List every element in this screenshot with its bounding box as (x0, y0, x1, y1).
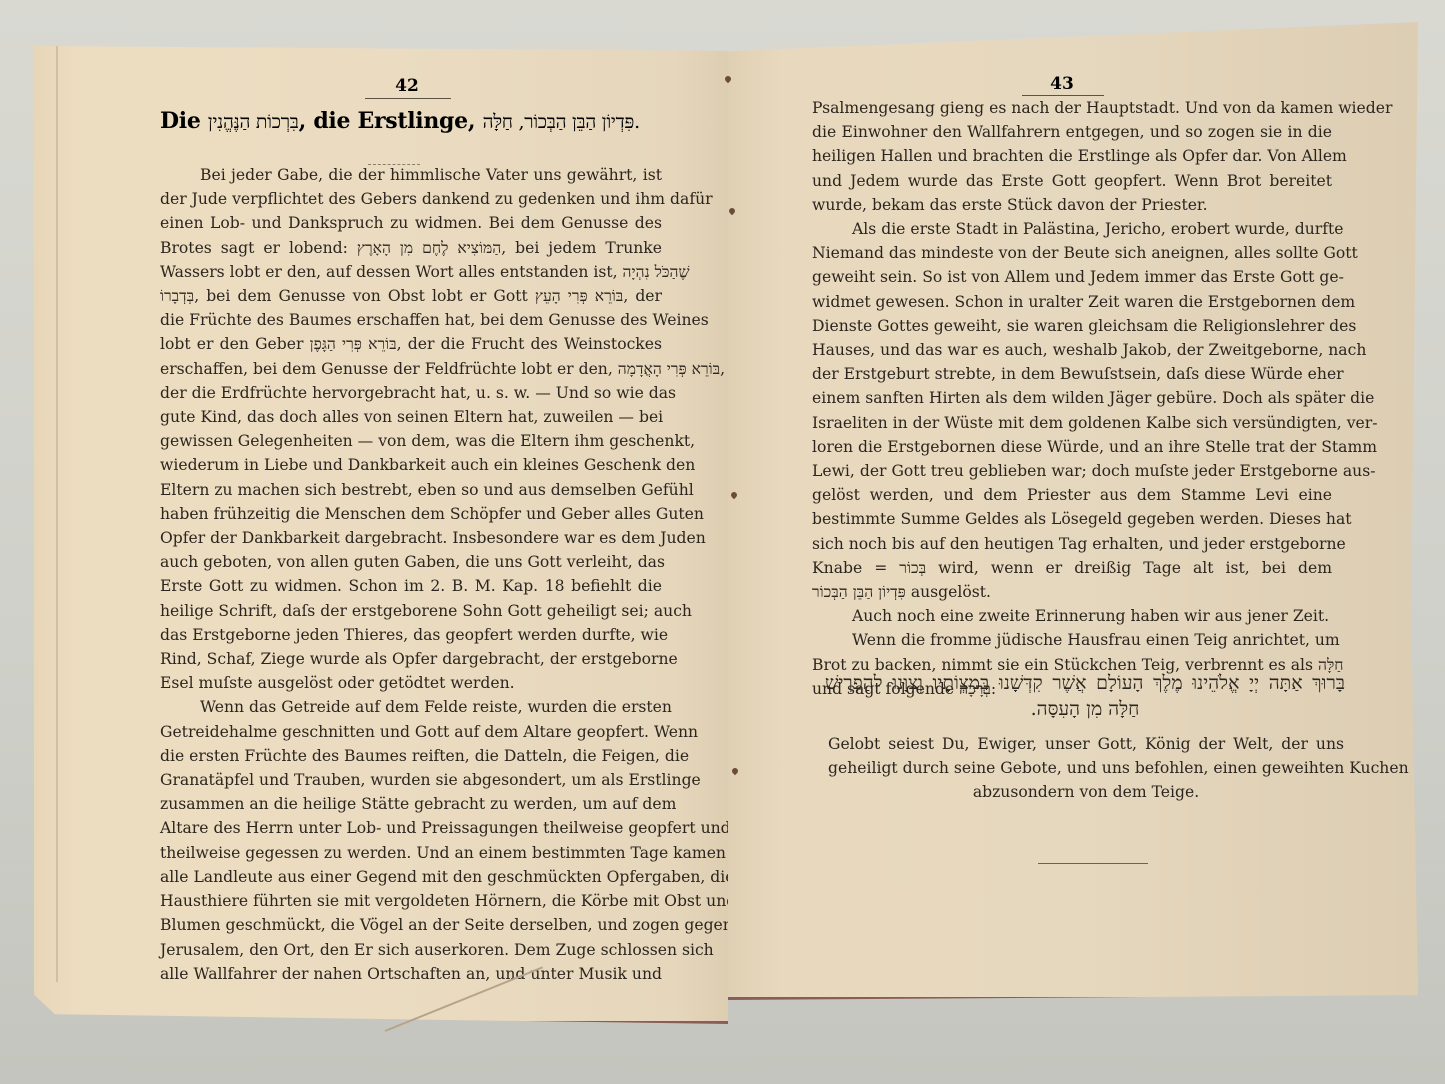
text-line: bestimmte Summe Geldes als Lösegeld gege… (812, 507, 1332, 531)
blessing-translation: Gelobt seiest Du, Ewiger, unser Gott, Kö… (828, 732, 1344, 805)
text-line: Altare des Herrn unter Lob- und Preissag… (160, 816, 662, 840)
text-line: Opfer der Dankbarkeit dargebracht. Insbe… (160, 526, 662, 550)
text-line: Israeliten in der Wüste mit dem goldenen… (812, 411, 1332, 435)
text-line: Als die erste Stadt in Palästina, Jerich… (812, 217, 1332, 241)
text-line: der die Erdfrüchte hervorgebracht hat, u… (160, 381, 662, 405)
text-line: Jerusalem, den Ort, den Er sich auserkor… (160, 938, 662, 962)
text-line: theilweise gegessen zu werden. Und an ei… (160, 841, 662, 865)
text-line: widmet gewesen. Schon in uralter Zeit wa… (812, 290, 1332, 314)
text-line: Brotes sagt er lobend: הַמּוֹצִיא לֶחֶם … (160, 236, 662, 260)
text-line: alle Landleute aus einer Gegend mit den … (160, 865, 662, 889)
text-line: einen Lob- und Dankspruch zu widmen. Bei… (160, 211, 662, 235)
text-line: der Erstgeburt strebte, in dem Bewuſstse… (812, 362, 1332, 386)
text-line: loren die Erstgebornen diese Würde, und … (812, 435, 1332, 459)
text-line: heilige Schrift, daſs der erstgeborene S… (160, 599, 662, 623)
text-line: die Einwohner den Wallfahrern entgegen, … (812, 120, 1332, 144)
page-number-left: 42 (367, 76, 447, 96)
text-line: das Erstgeborne jeden Thieres, das geopf… (160, 623, 662, 647)
text-line: gewissen Gelegenheiten — von dem, was di… (160, 429, 662, 453)
text-line: zusammen an die heilige Stätte gebracht … (160, 792, 662, 816)
translation-line: abzusondern von dem Teige. (828, 780, 1344, 804)
title-middle: , die Erstlinge, (299, 108, 476, 134)
text-line: Wenn die fromme jüdische Hausfrau einen … (812, 628, 1332, 652)
text-line: Blumen geschmückt, die Vögel an der Seit… (160, 913, 662, 937)
text-line: Lewi, der Gott treu geblieben war; doch … (812, 459, 1332, 483)
hebrew-line: בָּרוּךְ אַתָּה יְיָ אֱלֹהֵינוּ מֶלֶךְ ה… (825, 670, 1345, 696)
page-number-right: 43 (1022, 74, 1102, 94)
text-line: die ersten Früchte des Baumes reiften, d… (160, 744, 662, 768)
text-line: Wassers lobt er den, auf dessen Wort all… (160, 260, 662, 284)
text-line: Erste Gott zu widmen. Schon im 2. B. M. … (160, 574, 662, 598)
text-line: und Jedem wurde das Erste Gott geopfert.… (812, 169, 1332, 193)
title-hebrew-redemption: פִּדְיוֹן הַבֵּן הַבְּכוֹר (524, 111, 634, 133)
text-line: Knabe = בְּכוֹר wird, wenn er dreißig Ta… (812, 556, 1332, 580)
text-line: geweiht sein. So ist von Allem und Jedem… (812, 265, 1332, 289)
hebrew-line: חַלָּה מִן הָעִסָּה. (825, 696, 1345, 722)
text-line: wurde, bekam das erste Stück davon der P… (812, 193, 1332, 217)
text-line: erschaffen, bei dem Genusse der Feldfrüc… (160, 357, 662, 381)
text-line: heiligen Hallen und brachten die Erstlin… (812, 144, 1332, 168)
text-line: Esel muſste ausgelöst oder getödtet werd… (160, 671, 662, 695)
text-line: Wenn das Getreide auf dem Felde reiste, … (160, 695, 662, 719)
text-line: gelöst werden, und dem Priester aus dem … (812, 483, 1332, 507)
text-line: wiederum in Liebe und Dankbarkeit auch e… (160, 453, 662, 477)
text-line: Psalmengesang gieng es nach der Hauptsta… (812, 96, 1332, 120)
text-line: alle Wallfahrer der nahen Ortschaften an… (160, 962, 662, 986)
text-line: auch geboten, von allen guten Gaben, die… (160, 550, 662, 574)
text-line: haben frühzeitig die Menschen dem Schöpf… (160, 502, 662, 526)
chapter-title: Die בִּרְכוֹת הַנֶּהֱנִין, die Erstlinge… (160, 108, 680, 134)
text-line: Hausthiere führten sie mit vergoldeten H… (160, 889, 662, 913)
text-line: Eltern zu machen sich bestrebt, eben so … (160, 478, 662, 502)
text-line: gute Kind, das doch alles von seinen Elt… (160, 405, 662, 429)
text-line: sich noch bis auf den heutigen Tag erhal… (812, 532, 1332, 556)
text-line: Granatäpfel und Trauben, wurden sie abge… (160, 768, 662, 792)
right-page-body: Psalmengesang gieng es nach der Hauptsta… (812, 96, 1332, 701)
page-number-rule-left (365, 98, 451, 99)
text-line: Dienste Gottes geweiht, sie waren gleich… (812, 314, 1332, 338)
text-line: Bei jeder Gabe, die der himmlische Vater… (160, 163, 662, 187)
title-prefix: Die (160, 108, 201, 134)
text-line: Niemand das mindeste von der Beute sich … (812, 241, 1332, 265)
text-line: Rind, Schaf, Ziege wurde als Opfer darge… (160, 647, 662, 671)
text-line: lobt er den Geber בּוֹרֵא פְּרִי הַגָּפֶ… (160, 332, 662, 356)
translation-line: geheiligt durch seine Gebote, und uns be… (828, 756, 1344, 780)
translation-line: Gelobt seiest Du, Ewiger, unser Gott, Kö… (828, 732, 1344, 756)
text-line: Auch noch eine zweite Erinnerung haben w… (812, 604, 1332, 628)
text-line: die Früchte des Baumes erschaffen hat, b… (160, 308, 662, 332)
title-hebrew-blessings: בִּרְכוֹת הַנֶּהֱנִין (208, 111, 299, 133)
text-line: der Jude verpflichtet des Gebers dankend… (160, 187, 662, 211)
text-line: בְּדְבָרוֹ, bei dem Genusse von Obst lob… (160, 284, 662, 308)
hebrew-challah-blessing: בָּרוּךְ אַתָּה יְיָ אֱלֹהֵינוּ מֶלֶךְ ה… (825, 670, 1345, 722)
text-line: Hauses, und das war es auch, weshalb Jak… (812, 338, 1332, 362)
text-line: Getreidehalme geschnitten und Gott auf d… (160, 720, 662, 744)
open-book: 42 Die בִּרְכוֹת הַנֶּהֱנִין, die Erstli… (0, 0, 1445, 1084)
section-end-rule (1038, 863, 1148, 864)
left-page-body: Bei jeder Gabe, die der himmlische Vater… (160, 163, 662, 986)
text-line: פִּדְיוֹן הַבֵּן הַבְּכוֹר ausgelöst. (812, 580, 1332, 604)
text-line: einem sanften Hirten als dem wilden Jäge… (812, 386, 1332, 410)
